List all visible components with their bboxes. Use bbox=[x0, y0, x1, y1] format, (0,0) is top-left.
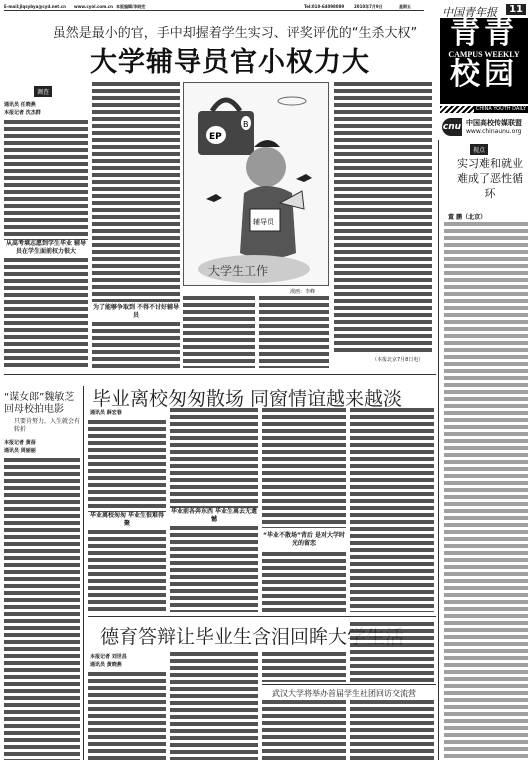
right-byline: 董 鹏（北京） bbox=[448, 212, 486, 221]
lead-kicker: 虽然是最小的官，手中却握着学生实习、评奖评优的“生杀大权” bbox=[40, 22, 430, 41]
second-subhead-1: 毕业离校匆匆 毕业生很难得聚 bbox=[88, 512, 166, 528]
section-title-bottom: 校园 bbox=[440, 59, 528, 91]
lead-body-col4 bbox=[259, 296, 329, 368]
lead-body-col2b bbox=[92, 322, 180, 368]
second-body-col2 bbox=[170, 408, 258, 508]
section-title-top: 青青 bbox=[440, 18, 528, 50]
section-divider-3 bbox=[262, 684, 436, 685]
header-editor: 本版编辑/李晓宏 bbox=[116, 3, 145, 11]
header-email: E-mail:jlqsybya@cyd.net.cn bbox=[4, 3, 66, 11]
third-body-col3 bbox=[262, 652, 346, 682]
second-subhead-2: 毕业前各奔东西 毕业生离去无遗憾 bbox=[170, 508, 258, 524]
fourth-body-col1 bbox=[262, 700, 346, 760]
svg-text:辅导员: 辅导员 bbox=[253, 217, 275, 226]
second-headline: 毕业离校匆匆散场 同窗情谊越来越淡 bbox=[92, 384, 402, 411]
right-tag: 视点 bbox=[470, 144, 488, 155]
lead-credit: （本报北京7月8日电） bbox=[372, 356, 423, 363]
fourth-body-col2 bbox=[350, 700, 434, 760]
china-youth-daily-strip: CHINA YOUTH DAILY bbox=[440, 106, 528, 113]
third-body-col1 bbox=[88, 672, 166, 760]
header-website: www.cyol.com.cn bbox=[74, 3, 113, 11]
section-divider-2 bbox=[88, 616, 436, 617]
header-weekday: 星期五 bbox=[399, 3, 411, 11]
section-divider bbox=[4, 374, 436, 375]
second-body-col2b bbox=[170, 526, 258, 612]
lead-body-col1b bbox=[4, 258, 88, 368]
side-subhead: 只要肯努力，人生就会有转折 bbox=[14, 418, 84, 434]
partner-name: 中国高校传媒联盟 bbox=[466, 118, 522, 128]
lead-body-col1 bbox=[4, 120, 88, 240]
lead-headline: 大学辅导员官小权力大 bbox=[30, 40, 430, 79]
right-body bbox=[444, 222, 528, 760]
third-body-col2 bbox=[170, 652, 258, 760]
partner-url[interactable]: www.chinaunu.org bbox=[466, 128, 521, 135]
right-headline: 实习难和就业难成了恶性循环 bbox=[452, 156, 528, 201]
second-subhead-3: “毕业不散场”背后 是对大学时光的留恋 bbox=[262, 532, 346, 548]
lead-byline-2: 本报记者 沈杰群 bbox=[4, 110, 41, 117]
svg-text:大学生工作: 大学生工作 bbox=[208, 263, 268, 278]
header-phone: Tel:010-64098089 bbox=[304, 3, 344, 11]
second-body-col1 bbox=[88, 420, 166, 512]
second-body-col4 bbox=[350, 408, 434, 612]
svg-text:EP: EP bbox=[209, 132, 222, 142]
page-number: 11 bbox=[506, 4, 526, 15]
lead-body-col2 bbox=[92, 82, 180, 302]
lead-body-col3 bbox=[183, 296, 255, 368]
header-bar: E-mail:jlqsybya@cyd.net.cn www.cyol.com.… bbox=[4, 3, 424, 11]
cnu-logo-icon: cnu bbox=[442, 118, 462, 136]
lead-subhead-1: 从高考填志愿到学生毕业 辅导员在学生面前权力很大 bbox=[4, 240, 88, 256]
fourth-headline: 武汉大学将举办首届学生社团回访交流营 bbox=[272, 688, 416, 699]
header-date: 2010年7月9日 bbox=[354, 3, 383, 11]
third-body-col4 bbox=[350, 622, 434, 682]
svg-text:B: B bbox=[243, 120, 249, 129]
cartoon-illustration: EP B 辅导员 大学生工作 bbox=[183, 82, 329, 286]
counselor-cartoon-icon: EP B 辅导员 大学生工作 bbox=[184, 83, 329, 286]
side-divider bbox=[83, 386, 84, 760]
third-byline-1: 本报记者 刘世昌 bbox=[90, 654, 127, 661]
lead-subhead-2: 为了能够争取到 不得不讨好辅导员 bbox=[92, 304, 180, 320]
third-byline-2: 通讯员 黄晓燕 bbox=[90, 662, 122, 669]
second-body-col3b bbox=[262, 552, 346, 612]
right-column-divider bbox=[438, 140, 439, 760]
side-byline-2: 通讯员 周丽丽 bbox=[4, 448, 36, 455]
section-banner: 青青 CAMPUS WEEKLY 校园 bbox=[440, 18, 528, 104]
second-body-col3 bbox=[262, 408, 346, 528]
lead-byline-1: 通讯员 任晓燕 bbox=[4, 102, 36, 109]
side-byline-1: 本报记者 黄蓓 bbox=[4, 440, 36, 447]
second-body-col1b bbox=[88, 530, 166, 612]
illustrator-credit: 漫画：李峰 bbox=[290, 288, 315, 295]
second-byline-1: 通讯员 薛宏春 bbox=[90, 410, 122, 417]
lead-tag: 调查 bbox=[34, 86, 52, 97]
side-headline: “谋女郎”魏敏芝回母校拍电影 bbox=[4, 392, 80, 416]
side-body bbox=[4, 458, 80, 760]
partner-block: cnu 中国高校传媒联盟 www.chinaunu.org bbox=[442, 118, 528, 140]
lead-body-col5 bbox=[334, 82, 432, 352]
